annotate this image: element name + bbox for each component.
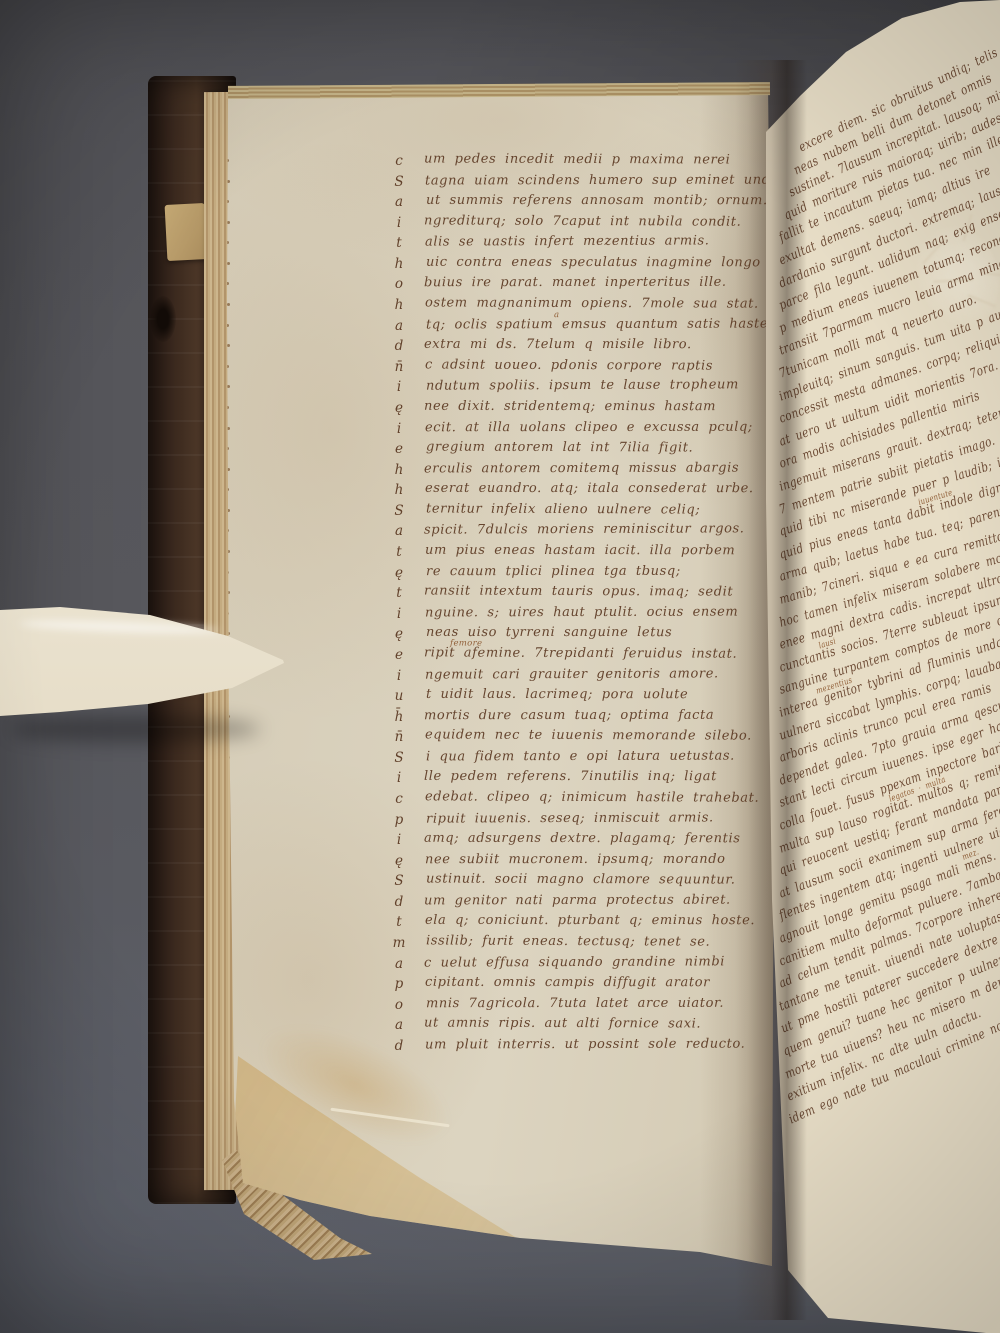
verse-initial: n̄ <box>382 729 416 745</box>
manuscript-line: uic contra eneas speculatus inagmine lon… <box>426 256 761 270</box>
verse-initial: h <box>382 297 416 313</box>
manuscript-line: lle pedem referens. 7inutilis inq; ligat <box>424 770 717 784</box>
verse-initial: d <box>382 1038 416 1054</box>
manuscript-line: ngrediturq; solo 7caput int nubila condi… <box>424 214 741 229</box>
manuscript-line: um genitor nati parma protectus abiret. <box>424 893 731 908</box>
pricking-hole <box>227 303 230 306</box>
pricking-hole <box>227 221 230 224</box>
spine-repair-patch <box>165 203 208 261</box>
verse-initial: o <box>382 276 416 292</box>
manuscript-line: extra mi ds. 7telum q misile libro. <box>424 338 692 352</box>
verse-initial: S <box>382 174 416 190</box>
verse-initial: i <box>382 215 416 231</box>
verse-initial: p <box>382 812 416 828</box>
verse-initial: S <box>382 750 416 766</box>
manuscript-line: nee dixit. stridentemq; eminus hastam <box>424 400 716 414</box>
manuscript-line: cipitant. omnis campis diffugit arator <box>425 976 710 990</box>
manuscript-line: ecit. at illa uolans clipeo e excussa pc… <box>425 420 753 434</box>
manuscript-line: ripit afemine. 7trepidanti feruidus inst… <box>424 646 737 661</box>
verse-initial: t <box>382 235 416 251</box>
manuscript-line: re cauum tplici plinea tga tbusq; <box>426 564 681 578</box>
verse-initial: S <box>382 503 416 519</box>
manuscript-line: um pius eneas hastam iacit. illa porbem <box>425 544 735 558</box>
verse-initial: a <box>382 523 416 539</box>
manuscript-line: um pedes incedit medii p maxima nerei <box>424 152 730 167</box>
manuscript-line: ransiit intextum tauris opus. imaq; sedi… <box>424 585 733 600</box>
verse-initial: e <box>382 647 416 663</box>
manuscript-line: ustinuit. socii magno clamore sequuntur. <box>426 873 736 888</box>
manuscript-line: c adsint uoueo. pdonis corpore raptis <box>425 358 713 373</box>
manuscript-line: buius ire parat. manet inperteritus ille… <box>424 276 727 290</box>
verse-initial: ę <box>382 626 416 642</box>
verse-initial: h <box>382 482 416 498</box>
verse-initial: c <box>382 153 416 169</box>
manuscript-line: nguine. s; uires haut ptulit. ocius ense… <box>425 605 738 620</box>
manuscript-line: ternitur infelix alieno uulnere celiq; <box>426 502 700 517</box>
manuscript-line: tq; oclis spatium emsus quantum satis ha… <box>426 317 768 332</box>
verse-initial: m <box>382 935 416 951</box>
verse-initial: n̄ <box>382 359 416 375</box>
verse-initial: i <box>382 832 416 848</box>
verse-initial: i <box>382 668 416 684</box>
gutter-crease-shadow <box>735 60 807 1320</box>
manuscript-line: ripuit iuuenis. seseq; inmiscuit armis. <box>426 811 714 826</box>
verse-initial: u <box>382 688 416 704</box>
manuscript-line: spicit. 7dulcis moriens reminiscitur arg… <box>424 523 745 538</box>
verse-initial: i <box>382 770 416 786</box>
verse-initial: t <box>382 585 416 601</box>
verse-initial: d <box>382 338 416 354</box>
verse-initial: a <box>382 1017 416 1033</box>
manuscript-line: amq; adsurgens dextre. plagamq; ferentis <box>424 832 741 846</box>
verse-initial: i <box>382 379 416 395</box>
pricking-hole <box>227 385 230 388</box>
interlinear-gloss: a <box>554 308 559 322</box>
verse-initial: ę <box>382 565 416 581</box>
manuscript-line: ut summis referens annosam montib; ornum… <box>426 194 768 208</box>
verse-initial: ę <box>382 400 416 416</box>
interlinear-gloss: femore <box>450 636 482 650</box>
pricking-hole <box>227 344 230 347</box>
manuscript-line: ngemuit cari grauiter genitoris amore. <box>425 667 719 682</box>
verse-initial: a <box>382 318 416 334</box>
verse-initial: p <box>382 976 416 992</box>
manuscript-line: mnis 7agricola. 7tuta latet arce uiator. <box>426 997 724 1011</box>
manuscript-line: erculis antorem comitemq missus abargis <box>424 461 739 476</box>
verse-initial: t <box>382 544 416 560</box>
manuscript-line: equidem nec te iuuenis memorande silebo. <box>425 729 752 744</box>
manuscript-line: i qua fidem tanto e opi latura uetustas. <box>426 749 735 764</box>
manuscript-line: gregium antorem lat int 7ilia figit. <box>426 441 693 456</box>
manuscript-photo: cSaithohadn̄ięiehhSatętięeiuh̄n̄SicpięSd… <box>0 0 1000 1333</box>
manuscript-line: ut amnis ripis. aut alti fornice saxi. <box>424 1017 701 1032</box>
manuscript-line: nee subiit mucronem. ipsumq; morando <box>425 853 726 867</box>
verse-initial: i <box>382 421 416 437</box>
verse-initial: S <box>382 873 416 889</box>
manuscript-line: alis se uastis infert mezentius armis. <box>425 235 710 250</box>
verse-initial: a <box>382 956 416 972</box>
manuscript-line: issilib; furit eneas. tectusq; tenet se. <box>426 934 710 949</box>
verse-initial: o <box>382 997 416 1013</box>
verse-initial: h <box>382 462 416 478</box>
pointer-shadow <box>10 716 260 742</box>
manuscript-line: mortis dure casum tuaq; optima facta <box>424 708 714 722</box>
verse-initial: d <box>382 894 416 910</box>
verse-initial: h̄ <box>382 709 416 725</box>
verse-initial: t <box>382 914 416 930</box>
verse-initial: e <box>382 441 416 457</box>
pricking-hole <box>227 262 230 265</box>
verse-initial: a <box>382 194 416 210</box>
manuscript-line: ela q; coniciunt. pturbant q; eminus hos… <box>425 914 755 928</box>
verse-initial: c <box>382 791 416 807</box>
spine-wormhole <box>150 296 176 342</box>
verse-initial: ę <box>382 853 416 869</box>
manuscript-line: t uidit laus. lacrimeq; pora uolute <box>426 688 688 702</box>
manuscript-line: um pluit interris. ut possint sole reduc… <box>425 1037 745 1052</box>
verse-initial: h <box>382 256 416 272</box>
manuscript-line: edebat. clipeo q; inimicum hastile trahe… <box>425 790 759 805</box>
manuscript-line: ostem magnanimum opiens. 7mole sua stat. <box>425 296 759 311</box>
manuscript-line: ndutum spoliis. ipsum te lause tropheum <box>426 379 739 394</box>
verse-initial: i <box>382 606 416 622</box>
manuscript-line: c uelut effusa siquando grandine nimbi <box>424 955 725 970</box>
manuscript-line: eserat euandro. atq; itala consederat ur… <box>425 482 754 496</box>
